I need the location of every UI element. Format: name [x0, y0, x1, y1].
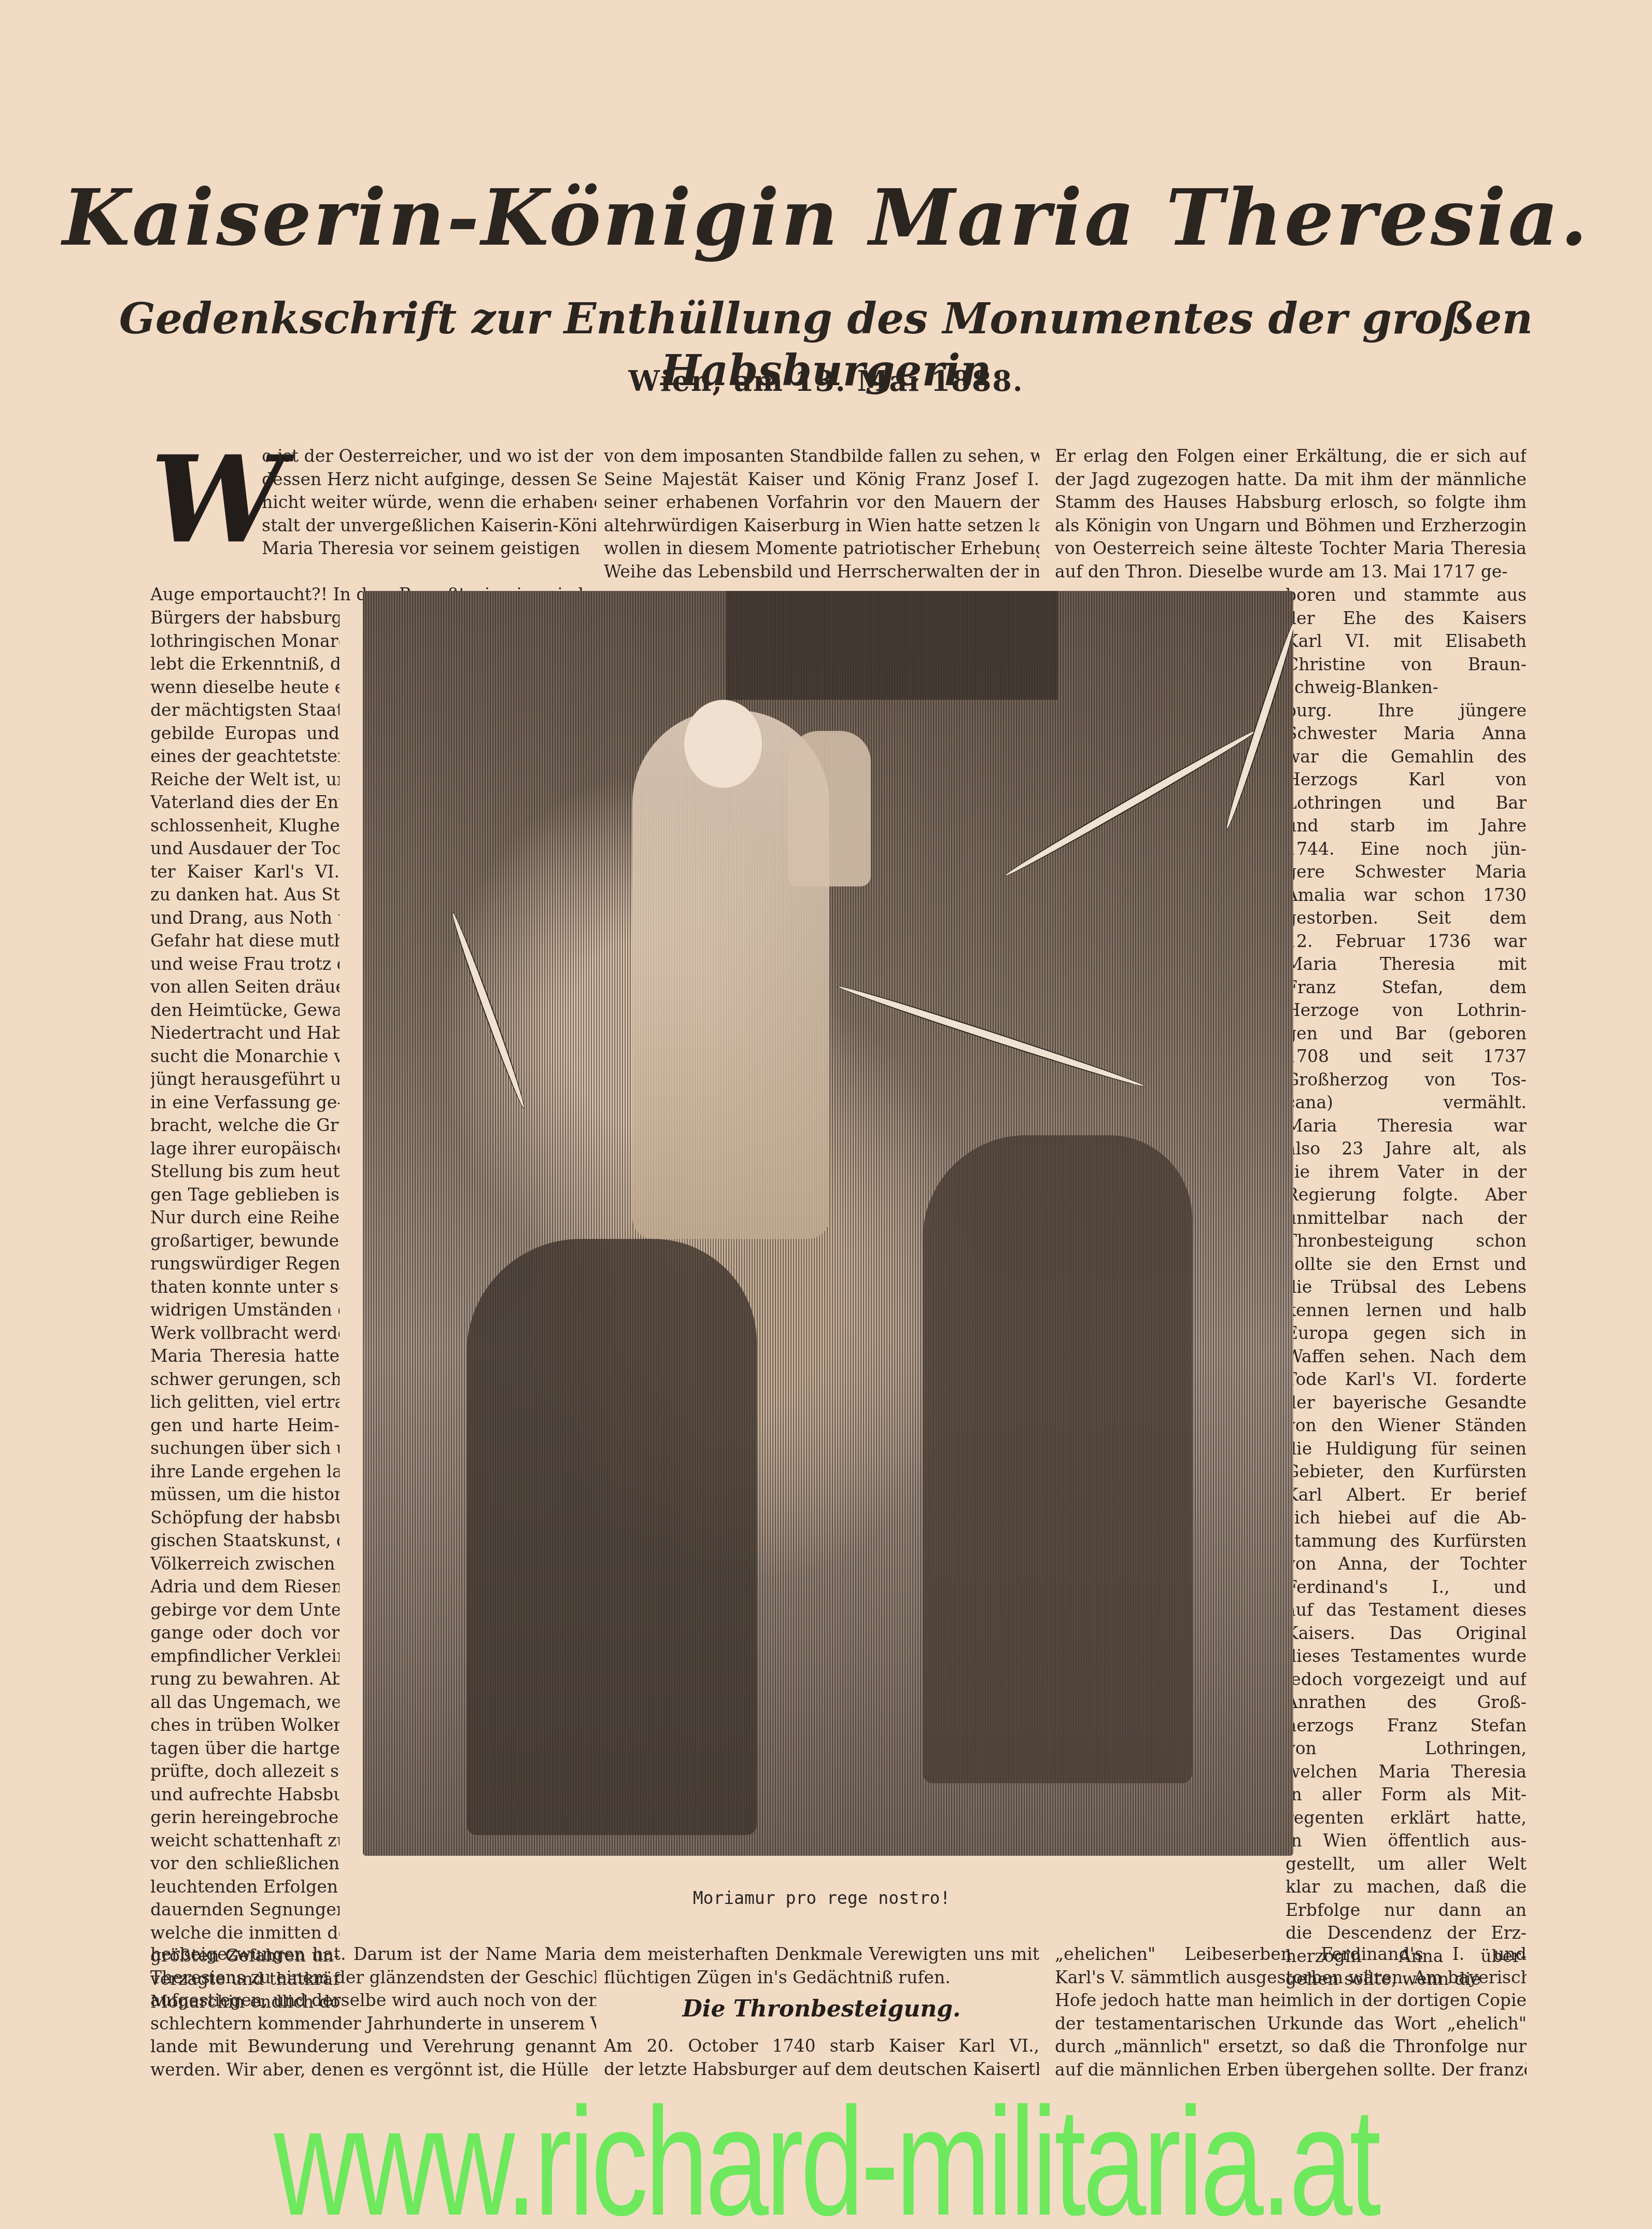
- text-line: prüfte, doch allezeit starke: [150, 1760, 340, 1783]
- text-line: Völkerreich zwischen der: [150, 1553, 340, 1576]
- text-line: Gebieter, den Kurfürsten: [1286, 1460, 1527, 1484]
- text-line: die Descendenz der Erz-: [1286, 1922, 1527, 1945]
- text-line: o ist der Oesterreicher, und wo ist der …: [262, 445, 596, 468]
- text-line: und Drang, aus Noth und: [150, 907, 340, 930]
- text-line: gebilde Europas und: [150, 722, 340, 745]
- text-line: und weise Frau trotz der: [150, 953, 340, 976]
- column-2-bottom: dem meisterhaften Denkmale Verewigten un…: [604, 1943, 1039, 1989]
- text-line: müssen, um die historische: [150, 1483, 340, 1506]
- text-line: also 23 Jahre alt, als: [1286, 1137, 1527, 1161]
- sabre: [448, 910, 528, 1110]
- text-line: Schwester Maria Anna: [1286, 722, 1527, 745]
- text-line: großartiger, bewunde-: [150, 1230, 340, 1253]
- column-3-narrow: boren und stammte ausder Ehe des Kaisers…: [1286, 584, 1527, 1991]
- column-3-top: Er erlag den Folgen einer Erkältung, die…: [1055, 445, 1527, 583]
- text-line: Tode Karl's VI. forderte: [1286, 1368, 1527, 1391]
- text-line: Karl VI. mit Elisabeth: [1286, 630, 1527, 653]
- text-line: rung zu bewahren. Aber: [150, 1668, 340, 1691]
- text-line: von Lothringen,: [1286, 1737, 1527, 1760]
- text-line: widrigen Umständen dies: [150, 1299, 340, 1322]
- text-line: klar zu machen, daß die: [1286, 1875, 1527, 1899]
- text-line: dauernden Segnungen,: [150, 1898, 340, 1922]
- column-1-bottom: herbeigezwungen hat. Darum ist der Name …: [150, 1943, 596, 2081]
- text-line: von den Wiener Ständen: [1286, 1414, 1527, 1437]
- text-line: und Ausdauer der Toch-: [150, 837, 340, 860]
- kneeling-noble-right: [923, 1135, 1192, 1783]
- text-line: von dem imposanten Standbilde fallen zu …: [604, 445, 1039, 468]
- text-line: herbeigezwungen hat. Darum ist der Name …: [150, 1943, 596, 1966]
- text-line: Stamm des Hauses Habsburg erlosch, so fo…: [1055, 491, 1527, 514]
- text-line: schlossenheit, Klugheit: [150, 814, 340, 838]
- text-line: wenn dieselbe heute eines: [150, 676, 340, 699]
- text-line: gen und Bar (geboren: [1286, 1022, 1527, 1046]
- text-line: boren und stammte aus: [1286, 584, 1527, 607]
- text-line: lich gelitten, viel ertra-: [150, 1391, 340, 1414]
- text-line: burg. Ihre jüngere: [1286, 699, 1527, 723]
- sabre: [836, 982, 1146, 1091]
- text-line: Anrathen des Groß-: [1286, 1691, 1527, 1714]
- text-line: Adria und dem Riesen-: [150, 1575, 340, 1599]
- text-line: seiner erhabenen Vorfahrin vor den Mauer…: [604, 491, 1039, 514]
- text-line: war die Gemahlin des: [1286, 745, 1527, 769]
- text-line: herzogs Franz Stefan: [1286, 1714, 1527, 1738]
- text-line: Hofe jedoch hatte man heimlich in der do…: [1055, 1989, 1527, 2012]
- text-line: gestorben. Seit dem: [1286, 907, 1527, 930]
- text-line: Nur durch eine Reihe: [150, 1206, 340, 1230]
- dateline: Wien, am 13. Mai 1888.: [0, 363, 1652, 399]
- text-line: Waffen sehen. Nach dem: [1286, 1345, 1527, 1369]
- text-line: „ehelichen" Leibeserben Ferdinand's I. u…: [1055, 1943, 1527, 1966]
- text-line: Herzoge von Lothrin-: [1286, 999, 1527, 1022]
- column-1-narrow: Bürgers der habsburg-lothringischen Mona…: [150, 606, 340, 2014]
- engraving-illustration: [363, 591, 1293, 1856]
- text-line: gestellt, um aller Welt: [1286, 1853, 1527, 1876]
- text-line: unmittelbar nach der: [1286, 1207, 1527, 1230]
- column-3-bottom: „ehelichen" Leibeserben Ferdinand's I. u…: [1055, 1943, 1527, 2081]
- text-line: Maria Theresia war: [1286, 1114, 1527, 1138]
- text-line: suchungen über sich und: [150, 1437, 340, 1460]
- text-line: Europa gegen sich in: [1286, 1322, 1527, 1345]
- text-line: gere Schwester Maria: [1286, 860, 1527, 884]
- text-line: altehrwürdigen Kaiserburg in Wien hatte …: [604, 514, 1039, 538]
- throne-canopy: [726, 591, 1057, 700]
- text-line: tagen über die hartge-: [150, 1737, 340, 1760]
- text-line: Herzogs Karl von: [1286, 768, 1527, 792]
- text-line: durch „männlich" ersetzt, so daß die Thr…: [1055, 2035, 1527, 2058]
- text-line: vor den schließlichen: [150, 1852, 340, 1875]
- text-line: Erbfolge nur dann an: [1286, 1899, 1527, 1922]
- text-line: lage ihrer europäischen: [150, 1137, 340, 1161]
- text-line: Karl Albert. Er berief: [1286, 1484, 1527, 1507]
- text-line: auf das Testament dieses: [1286, 1599, 1527, 1622]
- text-line: stammung des Kurfürsten: [1286, 1530, 1527, 1553]
- text-line: lebt die Erkenntniß, daß,: [150, 653, 340, 676]
- text-line: cana) vermählt.: [1286, 1091, 1527, 1114]
- text-line: Christine von Braun-: [1286, 653, 1527, 676]
- text-line: 12. Februar 1736 war: [1286, 930, 1527, 953]
- column-2-section-text: Am 20. October 1740 starb Kaiser Karl VI…: [604, 2035, 1039, 2081]
- text-line: kennen lernen und halb: [1286, 1299, 1527, 1322]
- text-line: schlechtern kommender Jahrhunderte in un…: [150, 2012, 596, 2036]
- text-line: Maria Theresia hatte: [150, 1345, 340, 1368]
- text-line: stalt der unvergeßlichen Kaiserin-Königi…: [262, 514, 596, 538]
- text-line: flüchtigen Zügen in's Gedächtniß rufen.: [604, 1966, 1039, 1990]
- text-line: in Wien öffentlich aus-: [1286, 1829, 1527, 1853]
- text-line: sich hiebei auf die Ab-: [1286, 1506, 1527, 1530]
- text-line: sollte sie den Ernst und: [1286, 1253, 1527, 1276]
- watermark-url: www.richard-militaria.at: [0, 2102, 1652, 2221]
- text-line: rungswürdiger Regenten-: [150, 1252, 340, 1276]
- column-2-top: von dem imposanten Standbilde fallen zu …: [604, 445, 1039, 583]
- text-line: regenten erklärt hatte,: [1286, 1807, 1527, 1830]
- illustration-caption: Moriamur pro rege nostro!: [604, 1888, 1039, 1908]
- text-line: dessen Herz nicht aufginge, dessen Seele: [262, 468, 596, 491]
- section-heading: Die Thronbesteigung.: [604, 1996, 1039, 2022]
- text-line: thaten konnte unter so: [150, 1276, 340, 1299]
- page-title: Kaiserin-Königin Maria Theresia.: [0, 171, 1652, 264]
- text-line: Karl's V. sämmtlich ausgestorben wären. …: [1055, 1966, 1527, 1990]
- text-line: weicht schattenhaft zurück: [150, 1829, 340, 1853]
- text-line: dem meisterhaften Denkmale Verewigten un…: [604, 1943, 1039, 1966]
- text-line: der Ehe des Kaisers: [1286, 607, 1527, 630]
- text-line: Reiche der Welt ist, unser: [150, 768, 340, 792]
- text-line: lothringischen Monarchie: [150, 630, 340, 653]
- text-line: Kaisers. Das Original: [1286, 1622, 1527, 1645]
- text-line: auf den Thron. Dieselbe wurde am 13. Mai…: [1055, 560, 1527, 584]
- queen-head: [684, 700, 762, 788]
- text-line: Thronbesteigung schon: [1286, 1230, 1527, 1253]
- sabre: [1222, 619, 1293, 831]
- text-line: Schöpfung der habsbur-: [150, 1506, 340, 1530]
- text-line: Niedertracht und Hab-: [150, 1022, 340, 1045]
- text-line: und aufrechte Habsbur-: [150, 1783, 340, 1807]
- text-line: von allen Seiten dräuen-: [150, 976, 340, 999]
- text-line: sie ihrem Vater in der: [1286, 1161, 1527, 1184]
- text-line: als Königin von Ungarn und Böhmen und Er…: [1055, 514, 1527, 538]
- text-line: leuchtenden Erfolgen und: [150, 1875, 340, 1899]
- text-line: Großherzog von Tos-: [1286, 1068, 1527, 1092]
- text-line: die Trübsal des Lebens: [1286, 1276, 1527, 1299]
- text-line: 1744. Eine noch jün-: [1286, 838, 1527, 861]
- text-line: schwer gerungen, schmerz-: [150, 1368, 340, 1391]
- text-line: der bayerische Gesandte: [1286, 1391, 1527, 1415]
- text-line: all das Ungemach, wel-: [150, 1691, 340, 1714]
- text-line: und starb im Jahre: [1286, 814, 1527, 838]
- text-line: wollen in diesem Momente patriotischer E…: [604, 537, 1039, 560]
- text-line: in eine Verfassung ge-: [150, 1091, 340, 1114]
- text-line: Werk vollbracht werden.: [150, 1322, 340, 1345]
- child-figure: [788, 731, 871, 886]
- text-line: nicht weiter würde, wenn die erhabene Ge…: [262, 491, 596, 514]
- text-line: Bürgers der habsburg-: [150, 606, 340, 630]
- text-line: welchen Maria Theresia: [1286, 1760, 1527, 1784]
- text-line: Regierung folgte. Aber: [1286, 1183, 1527, 1207]
- text-line: jüngt herausgeführt und: [150, 1068, 340, 1091]
- sabre: [1002, 726, 1260, 880]
- text-line: aufgestiegen, und derselbe wird auch noc…: [150, 1989, 596, 2012]
- text-line: Theresiens zu einem der glänzendsten der…: [150, 1966, 596, 1990]
- text-line: den Heimtücke, Gewalt,: [150, 999, 340, 1022]
- text-line: Franz Stefan, dem: [1286, 976, 1527, 999]
- text-line: Am 20. October 1740 starb Kaiser Karl VI…: [604, 2035, 1039, 2058]
- text-line: gange oder doch vor: [150, 1621, 340, 1645]
- text-line: Maria Theresia vor seinem geistigen: [262, 537, 596, 560]
- text-line: Gefahr hat diese muthige: [150, 929, 340, 953]
- text-line: Lothringen und Bar: [1286, 792, 1527, 815]
- text-line: dieses Testamentes wurde: [1286, 1645, 1527, 1668]
- text-line: ihre Lande ergehen lassen: [150, 1460, 340, 1484]
- text-line: empfindlicher Verkleine-: [150, 1645, 340, 1668]
- drop-cap-initial: W: [150, 443, 249, 557]
- text-line: gen Tage geblieben ist.: [150, 1183, 340, 1207]
- text-line: Seine Majestät Kaiser und König Franz Jo…: [604, 468, 1039, 491]
- text-line: welche die inmitten der: [150, 1922, 340, 1945]
- text-line: gerin hereingebrochen,: [150, 1806, 340, 1829]
- text-line: zu danken hat. Aus Sturm: [150, 883, 340, 907]
- text-line: ches in trüben Wolken-: [150, 1714, 340, 1737]
- text-line: lande mit Bewunderung und Verehrung gena…: [150, 2035, 596, 2058]
- text-line: gebirge vor dem Unter-: [150, 1599, 340, 1622]
- text-line: in aller Form als Mit-: [1286, 1783, 1527, 1807]
- text-line: Vaterland dies der Ent-: [150, 791, 340, 814]
- text-line: der testamentarischen Urkunde das Wort „…: [1055, 2012, 1527, 2036]
- text-line: gischen Staatskunst, das: [150, 1529, 340, 1553]
- text-line: ter Kaiser Karl's VI.: [150, 860, 340, 884]
- text-line: schweig-Blanken-: [1286, 676, 1527, 699]
- text-line: Stellung bis zum heuti-: [150, 1160, 340, 1183]
- text-line: die Huldigung für seinen: [1286, 1437, 1527, 1461]
- text-line: der Jagd zugezogen hatte. Da mit ihm der…: [1055, 468, 1527, 491]
- text-line: der mächtigsten Staats-: [150, 699, 340, 722]
- text-line: bracht, welche die Grund-: [150, 1114, 340, 1137]
- text-line: Er erlag den Folgen einer Erkältung, die…: [1055, 445, 1527, 468]
- text-line: sucht die Monarchie ver-: [150, 1045, 340, 1068]
- text-line: Amalia war schon 1730: [1286, 884, 1527, 907]
- text-line: jedoch vorgezeigt und auf: [1286, 1668, 1527, 1691]
- text-line: von Anna, der Tochter: [1286, 1553, 1527, 1576]
- text-line: Weihe das Lebensbild und Herrscherwalten…: [604, 560, 1039, 584]
- text-line: von Oesterreich seine älteste Tochter Ma…: [1055, 537, 1527, 560]
- kneeling-noble-left: [467, 1239, 757, 1835]
- text-line: Maria Theresia mit: [1286, 953, 1527, 976]
- text-line: Ferdinand's I., und: [1286, 1576, 1527, 1599]
- text-line: eines der geachtetsten: [150, 745, 340, 768]
- text-line: gen und harte Heim-: [150, 1414, 340, 1437]
- column-1-intro: o ist der Oesterreicher, und wo ist der …: [262, 445, 596, 560]
- text-line: 1708 und seit 1737: [1286, 1045, 1527, 1068]
